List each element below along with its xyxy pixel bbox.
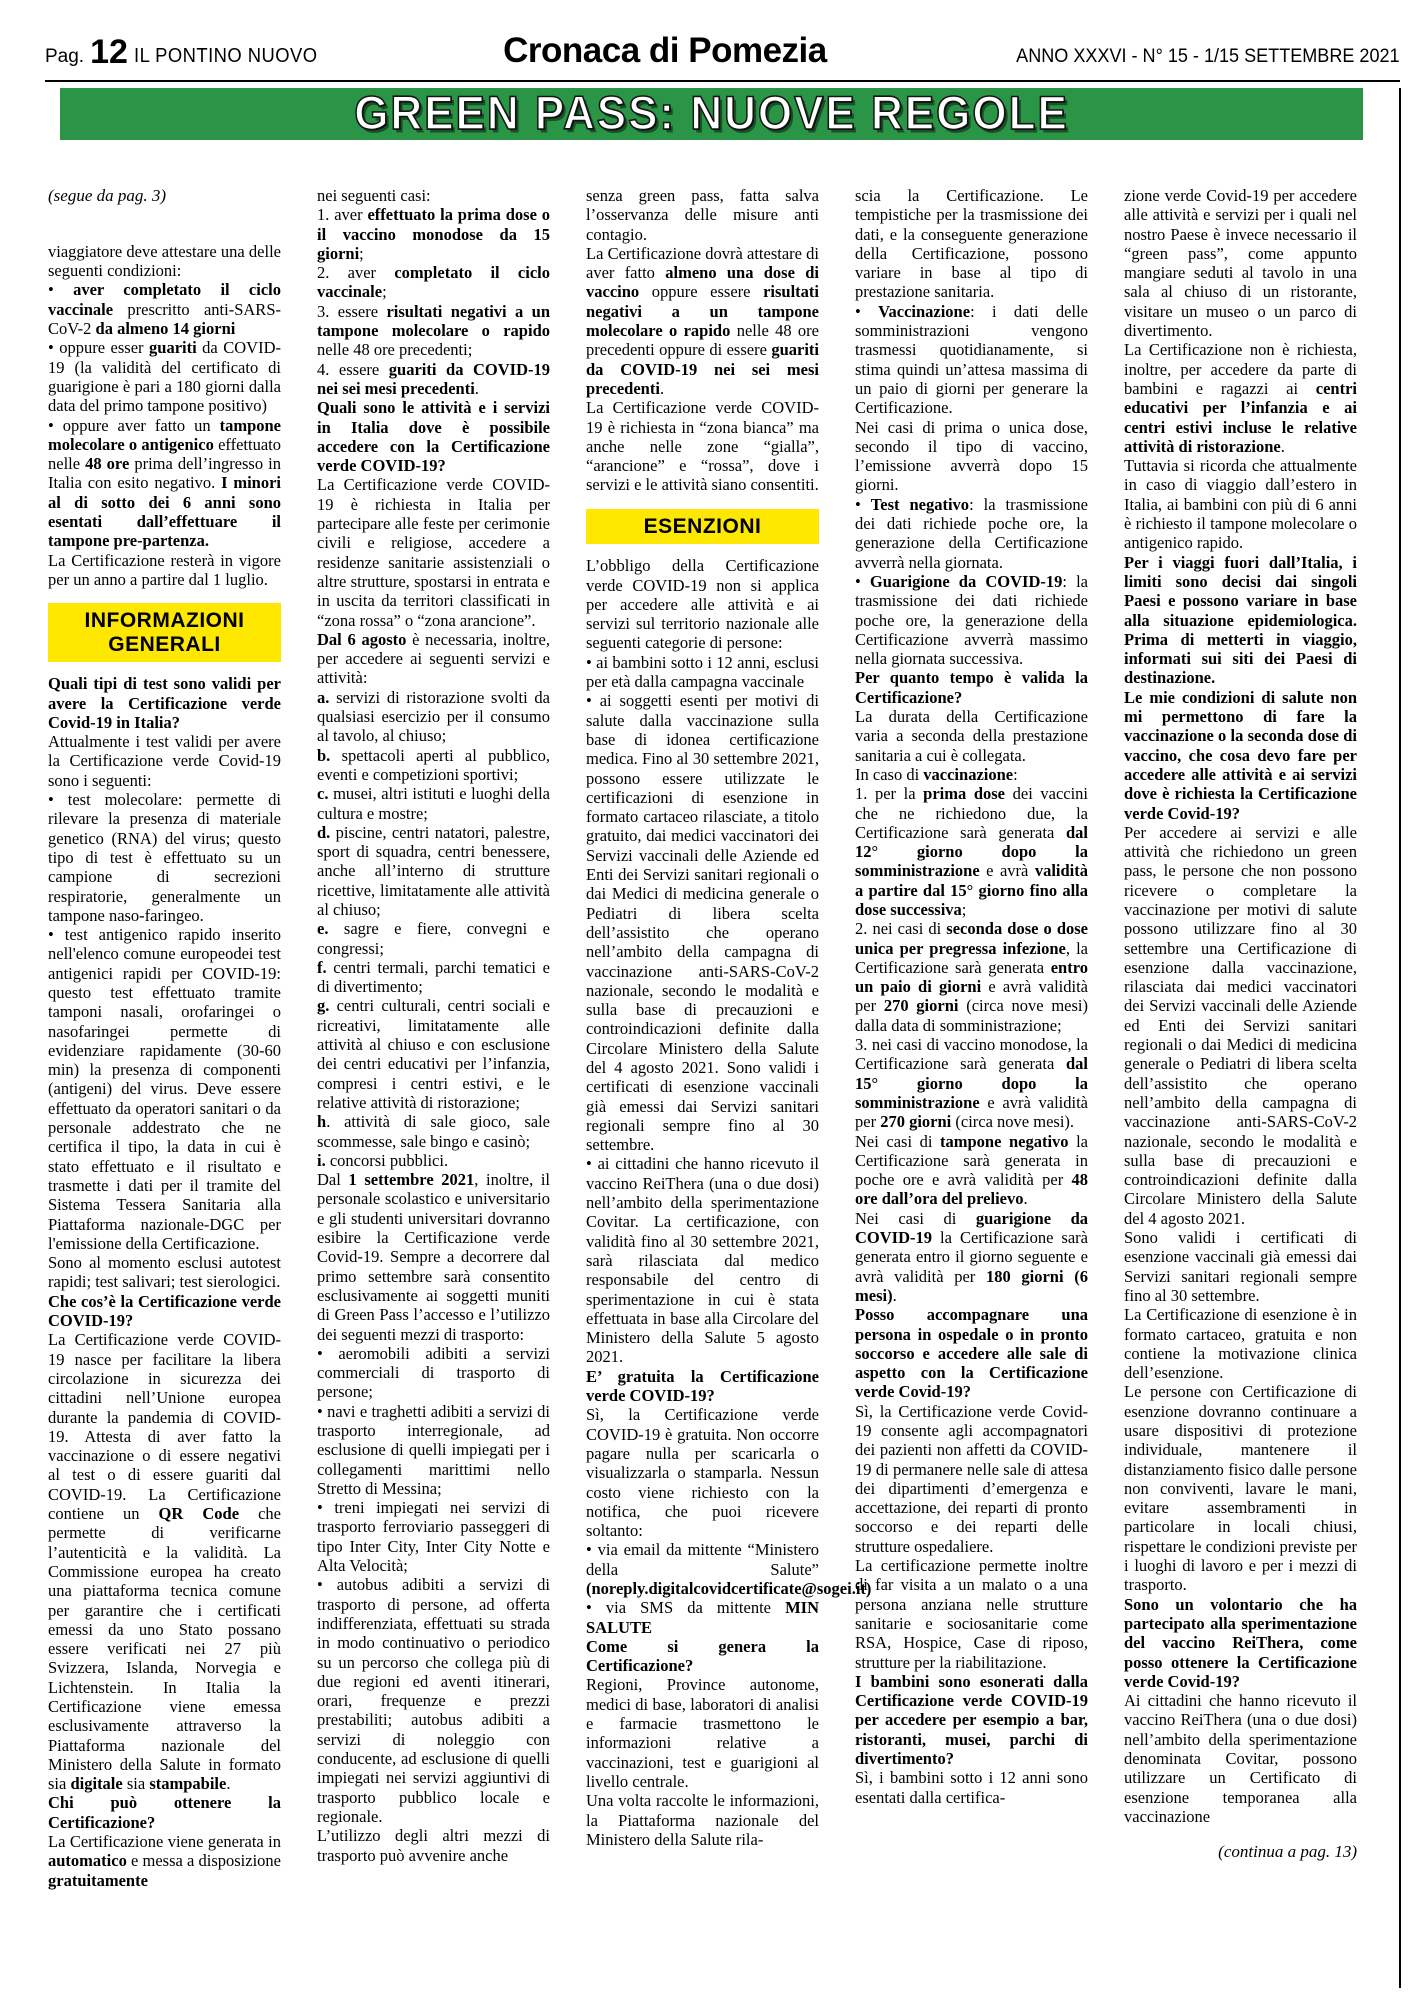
text-run: • [855,495,871,514]
paragraph: • Vaccinazione: i dati delle somministra… [855,302,1088,418]
paragraph: Sì, i bambini sotto i 12 anni sono esent… [855,1768,1088,1807]
text-run: ; [382,282,387,301]
text-run: Le persone con Certificazione di esenzio… [1124,1382,1357,1594]
question-heading: Per quanto tempo è valida la Certificazi… [855,668,1088,707]
paragraph: • autobus adibiti a servizi di trasporto… [317,1575,550,1826]
bold-text-run: digitale [70,1774,122,1793]
text-run: • ai bambini sotto i 12 anni, esclusi pe… [586,653,819,691]
bold-text-run: c. [317,784,328,803]
text-run: sagre e fiere, convegni e congressi; [317,919,550,957]
paragraph: Nei casi di prima o unica dose, secondo … [855,418,1088,495]
text-run: nelle 48 ore precedenti; [317,340,472,359]
paragraph: La Certificazione viene generata in auto… [48,1832,281,1890]
text-run: Quali tipi di test sono validi per avere… [48,674,281,732]
continues-on-note: (continua a pag. 13) [1124,1842,1357,1862]
paragraph: 1. per la prima dose dei vaccini che ne … [855,784,1088,919]
paragraph: Nei casi di tampone negativo la Certific… [855,1132,1088,1209]
paragraph: i. concorsi pubblici. [317,1151,550,1170]
text-run: oppure essere [639,282,763,301]
text-run: Regioni, Province autonome, medici di ba… [586,1675,819,1790]
text-run: La durata della Certificazione varia a s… [855,707,1088,765]
text-run: 4. essere [317,360,389,379]
text-run: 2. nei casi di [855,919,946,938]
paragraph: senza green pass, fatta salva l’osservan… [586,186,819,244]
text-run: • navi e traghetti adibiti a servizi di … [317,1402,550,1498]
text-run: . [660,379,664,398]
question-heading: E’ gratuita la Certificazione verde COVI… [586,1367,819,1406]
paragraph: 1. aver effettuato la prima dose o il va… [317,205,550,263]
question-heading: Che cos’è la Certificazione verde COVID-… [48,1292,281,1331]
paragraph: La Certificazione di esenzione è in form… [1124,1305,1357,1382]
bold-text-run: d. [317,823,330,842]
text-run: • [48,280,73,299]
paragraph: Attualmente i test validi per avere la C… [48,732,281,790]
text-run: concorsi pubblici. [326,1151,448,1170]
paragraph: La Certificazione verde COVID-19 è richi… [586,398,819,494]
text-run: Per quanto tempo è valida la Certificazi… [855,668,1088,706]
text-run: 1. per la [855,784,923,803]
paragraph: 3. essere risultati negativi a un tampon… [317,302,550,360]
text-run: : [1013,765,1018,784]
text-run: L’obbligo della Certificazione verde COV… [586,556,819,652]
paragraph: La certificazione permette inoltre di fa… [855,1556,1088,1672]
paragraph: zione verde Covid-19 per accedere alle a… [1124,186,1357,340]
bold-text-run: g. [317,996,329,1015]
text-run: Nei casi di prima o unica dose, secondo … [855,418,1088,495]
paragraph: Nei casi di guarigione da COVID-19 la Ce… [855,1209,1088,1305]
text-run: • test antigenico rapido inserito nell'e… [48,925,281,1253]
paragraph: • test antigenico rapido inserito nell'e… [48,925,281,1253]
text-run: • oppure aver fatto un [48,416,220,435]
paragraph: e. sagre e fiere, convegni e congressi; [317,919,550,958]
paragraph: d. piscine, centri natatori, palestre, s… [317,823,550,919]
text-run: . attività di sale gioco, sale scommesse… [317,1112,550,1150]
text-run: 3. nei casi di vaccino monodose, la Cert… [855,1035,1088,1073]
bold-text-run: i. [317,1151,326,1170]
text-run: nei seguenti casi: [317,186,431,205]
text-run: (continua a pag. 13) [1218,1842,1357,1861]
paragraph: • Guarigione da COVID-19: la trasmission… [855,572,1088,668]
paragraph: • navi e traghetti adibiti a servizi di … [317,1402,550,1498]
text-run: Sì, i bambini sotto i 12 anni sono esent… [855,1768,1088,1806]
text-run: piscine, centri natatori, palestre, spor… [317,823,550,919]
text-run: scia la Certificazione. Le tempistiche p… [855,186,1088,301]
text-run: Come si genera la Certificazione? [586,1637,819,1675]
article-column-2: nei seguenti casi:1. aver effettuato la … [317,186,550,1890]
article-columns: (segue da pag. 3)viaggiatore deve attest… [48,186,1357,1890]
paragraph: b. spettacoli aperti al pubblico, eventi… [317,746,550,785]
text-run: 3. essere [317,302,386,321]
paragraph: a. servizi di ristorazione svolti da qua… [317,688,550,746]
text-run: L’utilizzo degli altri mezzi di trasport… [317,1826,550,1864]
paragraph: Una volta raccolte le informazioni, la P… [586,1791,819,1849]
bold-text-run: b. [317,746,330,765]
text-run: • ai soggetti esenti per motivi di salut… [586,691,819,1154]
text-run: La Certificazione verde COVID-19 è richi… [317,475,550,629]
paragraph: • via email da mittente “Ministero della… [586,1540,819,1598]
text-run: 2. aver [317,263,394,282]
question-heading: Quali sono le attività e i servizi in It… [317,398,550,475]
text-run: E’ gratuita la Certificazione verde COVI… [586,1367,819,1405]
paragraph: nei seguenti casi: [317,186,550,205]
bold-text-run: 1 settembre 2021 [348,1170,474,1189]
bold-text-run: h [317,1112,326,1131]
text-run: , inoltre, il personale scolastico e uni… [317,1170,550,1343]
headline-text: GREEN PASS: NUOVE REGOLE [354,87,1069,141]
text-run: Sono validi i certificati di esenzione v… [1124,1228,1357,1305]
header-divider [45,80,1400,82]
paragraph: La Certificazione verde COVID-19 nasce p… [48,1330,281,1793]
headline-banner: GREEN PASS: NUOVE REGOLE [60,88,1363,140]
question-heading: Chi può ottenere la Certificazione? [48,1793,281,1832]
paragraph: • aeromobili adibiti a servizi commercia… [317,1344,550,1402]
continued-from-note: (segue da pag. 3) [48,186,281,206]
paragraph: • oppure esser guariti da COVID-19 (la v… [48,338,281,415]
text-run: INFORMAZIONI GENERALI [85,609,245,656]
text-run: ; [962,900,967,919]
bold-text-run: stampabile [149,1774,226,1793]
text-run: • [855,302,878,321]
paragraph: Dal 1 settembre 2021, inoltre, il person… [317,1170,550,1344]
text-run: viaggiatore deve attestare una delle seg… [48,242,281,280]
text-run: Per accedere ai servizi e alle attività … [1124,823,1357,1228]
text-run: In caso di [855,765,923,784]
text-run: • via email da mittente “Ministero della… [586,1540,819,1578]
paragraph: Dal 6 agosto è necessaria, inoltre, per … [317,630,550,688]
paragraph: viaggiatore deve attestare una delle seg… [48,242,281,281]
bold-text-run: QR Code [159,1504,240,1523]
bold-text-run: 270 giorni [884,996,959,1015]
bold-text-run: Vaccinazione [878,302,970,321]
paragraph: • oppure aver fatto un tampone molecolar… [48,416,281,551]
bold-text-run: 270 giorni [880,1112,951,1131]
text-run: senza green pass, fatta salva l’osservan… [586,186,819,244]
text-run: • test molecolare: permette di rilevare … [48,790,281,925]
paragraph: 4. essere guariti da COVID-19 nei sei me… [317,360,550,399]
page-label: Pag. [45,47,84,66]
text-run: I bambini sono esonerati dalla Certifica… [855,1672,1088,1768]
section-title: Cronaca di Pomezia [333,36,996,66]
text-run: La Certificazione verde COVID-19 nasce p… [48,1330,281,1523]
text-run: Ai cittadini che hanno ricevuto il vacci… [1124,1691,1357,1826]
paragraph: 2. aver completato il ciclo vaccinale; [317,263,550,302]
paragraph: Sì, la Certificazione verde COVID-19 è g… [586,1405,819,1540]
text-run: Chi può ottenere la Certificazione? [48,1793,281,1831]
text-run: musei, altri istituti e luoghi della cul… [317,784,550,822]
bold-text-run: a. [317,688,329,707]
paragraph: h. attività di sale gioco, sale scommess… [317,1112,550,1151]
newspaper-page: Pag. 12 IL PONTINO NUOVO Cronaca di Pome… [0,0,1420,2000]
text-run: e avrà [980,861,1035,880]
paragraph: Ai cittadini che hanno ricevuto il vacci… [1124,1691,1357,1826]
text-run: servizi di ristorazione svolti da qualsi… [317,688,550,746]
text-run: Che cos’è la Certificazione verde COVID-… [48,1292,281,1330]
text-run: . [475,379,479,398]
question-heading: Come si genera la Certificazione? [586,1637,819,1676]
paragraph: scia la Certificazione. Le tempistiche p… [855,186,1088,302]
paragraph: Per i viaggi fuori dall’Italia, i limiti… [1124,553,1357,688]
page-number: 12 [90,39,128,66]
text-run: e messa a disposizione [127,1851,281,1870]
text-run: Sono al momento esclusi autotest rapidi;… [48,1253,281,1291]
text-run: . [893,1286,897,1305]
text-run: che permette di verificarne l’autenticit… [48,1504,281,1793]
paragraph: g. centri culturali, centri sociali e ri… [317,996,550,1112]
paragraph: Le persone con Certificazione di esenzio… [1124,1382,1357,1594]
paragraph: • test molecolare: permette di rilevare … [48,790,281,925]
bold-text-run: vaccinazione [923,765,1013,784]
text-run: La Certificazione di esenzione è in form… [1124,1305,1357,1382]
text-run: La Certificazione resterà in vigore per … [48,551,281,589]
text-run: ; [359,244,364,263]
question-heading: Sono un volontario che ha partecipato al… [1124,1595,1357,1691]
paragraph: La durata della Certificazione varia a s… [855,707,1088,765]
paragraph: Regioni, Province autonome, medici di ba… [586,1675,819,1791]
paragraph: Per accedere ai servizi e alle attività … [1124,823,1357,1228]
bold-text-run: f. [317,958,327,977]
masthead-title: IL PONTINO NUOVO [134,46,318,66]
bold-text-run: Guarigione da COVID-19 [870,572,1062,591]
text-run: Nei casi di [855,1209,976,1228]
text-run: Sono un volontario che ha partecipato al… [1124,1595,1357,1691]
paragraph: 3. nei casi di vaccino monodose, la Cert… [855,1035,1088,1131]
paragraph: • ai soggetti esenti per motivi di salut… [586,691,819,1154]
text-run: • [855,572,870,591]
paragraph: • via SMS da mittente MIN SALUTE [586,1598,819,1637]
text-run: 1. aver [317,205,367,224]
text-run: Una volta raccolte le informazioni, la P… [586,1791,819,1849]
bold-text-run: gratuitamente [48,1871,148,1890]
text-run: Sì, la Certificazione verde Covid-19 con… [855,1402,1088,1556]
paragraph: f. centri termali, parchi tematici e di … [317,958,550,997]
text-run: Sì, la Certificazione verde COVID-19 è g… [586,1405,819,1540]
bold-text-run: e. [317,919,328,938]
paragraph: La Certificazione verde COVID-19 è richi… [317,475,550,629]
text-run: La certificazione permette inoltre di fa… [855,1556,1088,1671]
text-run: Le mie condizioni di salute non mi perme… [1124,688,1357,823]
bold-text-run: (noreply.digitalcovidcertificate@sogei.i… [586,1579,871,1598]
paragraph: La Certificazione dovrà attestare di ave… [586,244,819,398]
issue-info: ANNO XXXVI - N° 15 - 1/15 SETTEMBRE 2021 [1017,47,1400,66]
text-run: . [1024,1189,1028,1208]
question-heading: Le mie condizioni di salute non mi perme… [1124,688,1357,823]
text-run: spettacoli aperti al pubblico, eventi e … [317,746,550,784]
text-run: . [1281,437,1285,456]
text-run: ESENZIONI [644,515,762,538]
text-run: Tuttavia si ricorda che attualmente in c… [1124,456,1357,552]
text-run: • treni impiegati nei servizi di traspor… [317,1498,550,1575]
text-run: (circa nove mesi). [951,1112,1074,1131]
question-heading: Quali tipi di test sono validi per avere… [48,674,281,732]
question-heading: I bambini sono esonerati dalla Certifica… [855,1672,1088,1768]
paragraph: • ai cittadini che hanno ricevuto il vac… [586,1154,819,1366]
paragraph: c. musei, altri istituti e luoghi della … [317,784,550,823]
paragraph: • Test negativo: la trasmissione dei dat… [855,495,1088,572]
bold-text-run: da almeno 14 giorni [96,319,236,338]
bold-text-run: Per i viaggi fuori dall’Italia, i limiti… [1124,553,1357,688]
bold-text-run: automatico [48,1851,127,1870]
text-run: • oppure esser [48,338,149,357]
text-run: sia [123,1774,150,1793]
paragraph: • aver completato il ciclo vaccinale pre… [48,280,281,338]
paragraph: Sì, la Certificazione verde Covid-19 con… [855,1402,1088,1556]
paragraph: • treni impiegati nei servizi di traspor… [317,1498,550,1575]
text-run: (segue da pag. 3) [48,186,166,205]
text-run: Dal [317,1170,348,1189]
bold-text-run: prima dose [923,784,1005,803]
question-heading: Posso accompagnare una persona in ospeda… [855,1305,1088,1401]
text-run: centri termali, parchi tematici e di div… [317,958,550,996]
section-label: ESENZIONI [586,509,819,545]
paragraph: 2. nei casi di seconda dose o dose unica… [855,919,1088,1035]
paragraph: In caso di vaccinazione: [855,765,1088,784]
article-column-5: zione verde Covid-19 per accedere alle a… [1124,186,1357,1890]
text-run: La Certificazione viene generata in [48,1832,281,1851]
paragraph: La Certificazione non è richiesta, inolt… [1124,340,1357,456]
right-page-border [1399,88,1401,1988]
article-column-4: scia la Certificazione. Le tempistiche p… [855,186,1088,1890]
article-column-3: senza green pass, fatta salva l’osservan… [586,186,819,1890]
paragraph: L’obbligo della Certificazione verde COV… [586,556,819,652]
bold-text-run: Test negativo [871,495,969,514]
text-run: Attualmente i test validi per avere la C… [48,732,281,790]
paragraph: La Certificazione resterà in vigore per … [48,551,281,590]
text-run: La Certificazione verde COVID-19 è richi… [586,398,819,494]
paragraph: • ai bambini sotto i 12 anni, esclusi pe… [586,653,819,692]
bold-text-run: Dal 6 agosto [317,630,406,649]
text-run: • via SMS da mittente [586,1598,785,1617]
paragraph: Tuttavia si ricorda che attualmente in c… [1124,456,1357,552]
text-run: • aeromobili adibiti a servizi commercia… [317,1344,550,1402]
paragraph: Sono al momento esclusi autotest rapidi;… [48,1253,281,1292]
text-run: . [226,1774,230,1793]
paragraph: Sono validi i certificati di esenzione v… [1124,1228,1357,1305]
masthead-left: Pag. 12 IL PONTINO NUOVO [45,39,333,66]
article-column-1: (segue da pag. 3)viaggiatore deve attest… [48,186,281,1890]
page-header: Pag. 12 IL PONTINO NUOVO Cronaca di Pome… [45,36,1400,66]
paragraph: L’utilizzo degli altri mezzi di trasport… [317,1826,550,1865]
bold-text-run: tampone negativo [940,1132,1069,1151]
bold-text-run: 48 ore [85,454,129,473]
text-run: • autobus adibiti a servizi di trasporto… [317,1575,550,1826]
text-run: Quali sono le attività e i servizi in It… [317,398,550,475]
bold-text-run: guariti [149,338,197,357]
text-run: • ai cittadini che hanno ricevuto il vac… [586,1154,819,1366]
text-run: centri culturali, centri sociali e ricre… [317,996,550,1111]
text-run: zione verde Covid-19 per accedere alle a… [1124,186,1357,340]
text-run: Nei casi di [855,1132,940,1151]
text-run: Posso accompagnare una persona in ospeda… [855,1305,1088,1401]
section-label: INFORMAZIONI GENERALI [48,603,281,662]
